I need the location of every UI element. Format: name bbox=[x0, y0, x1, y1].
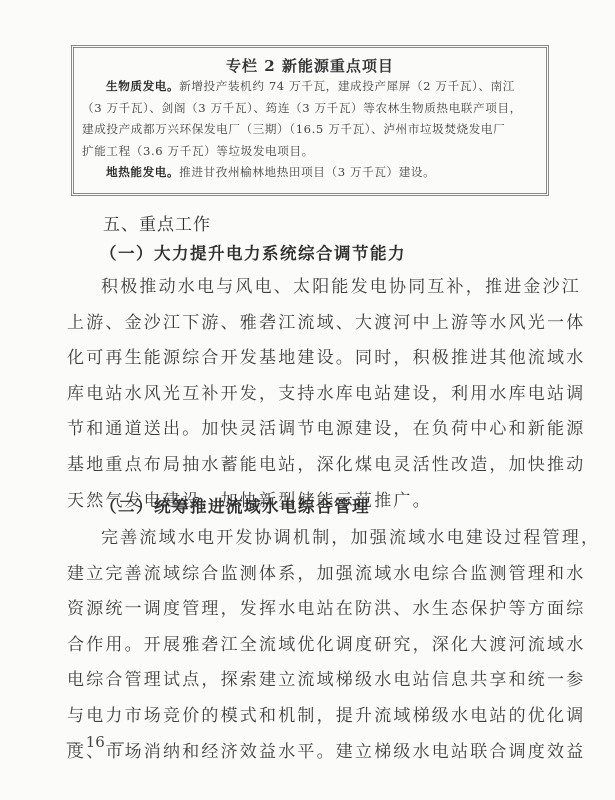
box-line: 扩能工程（3.6 万千瓦）等垃圾发电项目。 bbox=[82, 141, 538, 163]
page-number: — 16 — bbox=[66, 733, 125, 751]
paragraph-1: 积极推动水电与风电、太阳能发电协同互补，推进金沙江 上游、金沙江下游、雅砻江流域… bbox=[67, 270, 557, 519]
text-line: 上游、金沙江下游、雅砻江流域、大渡河中上游等水风光一体 bbox=[67, 306, 557, 342]
text-line: 资源统一调度管理，发挥水电站在防洪、水生态保护等方面综 bbox=[67, 592, 557, 628]
text-line: 电综合管理试点，探索建立流域梯级水电站信息共享和统一参 bbox=[67, 663, 557, 699]
text-line: 建立完善流域综合监测体系，加强流域水电综合监测管理和水 bbox=[67, 557, 557, 593]
text-line: 积极推动水电与风电、太阳能发电协同互补，推进金沙江 bbox=[67, 270, 557, 306]
text-line: 完善流域水电开发协调机制，加强流域水电建设过程管理， bbox=[67, 521, 557, 557]
text-line: 化可再生能源综合开发基地建设。同时，积极推进其他流域水 bbox=[67, 341, 557, 377]
box-title: 专栏 2 新能源重点项目 bbox=[82, 55, 538, 76]
subsection-heading-1: （一）大力提升电力系统综合调节能力 bbox=[100, 240, 406, 264]
text-line: 基地重点布局抽水蓄能电站，深化煤电灵活性改造，加快推动 bbox=[67, 448, 557, 484]
paragraph-2: 完善流域水电开发协调机制，加强流域水电建设过程管理， 建立完善流域综合监测体系，… bbox=[67, 521, 557, 770]
text-line: 库电站水风光互补开发，支持水库电站建设，利用水库电站调 bbox=[67, 377, 557, 413]
box-line: 建成投产成都万兴环保发电厂（三期）（16.5 万千瓦）、泸州市垃圾焚烧发电厂 bbox=[82, 119, 538, 141]
subsection-heading-2: （二）统筹推进流域水电综合管理 bbox=[100, 493, 370, 517]
text-line: 度、市场消纳和经济效益水平。建立梯级水电站联合调度效益 bbox=[67, 735, 557, 771]
box-label-biomass: 生物质发电。 bbox=[106, 79, 179, 93]
text-line: 节和通道送出。加快灵活调节电源建设，在负荷中心和新能源 bbox=[67, 412, 557, 448]
box-line: （3 万千瓦）、剑阁（3 万千瓦）、筠连（3 万千瓦）等农林生物质热电联产项目， bbox=[82, 98, 538, 120]
text-line: 与电力市场竞价的模式和机制，提升流域梯级水电站的优化调 bbox=[67, 699, 557, 735]
section-heading: 五、重点工作 bbox=[103, 210, 211, 235]
box-label-geothermal: 地热能发电。 bbox=[106, 165, 179, 179]
text-line: 合作用。开展雅砻江全流域优化调度研究，深化大渡河流域水 bbox=[67, 628, 557, 664]
feature-box-new-energy-projects: 专栏 2 新能源重点项目 生物质发电。新增投产装机约 74 万千瓦，建成投产犀屏… bbox=[71, 45, 549, 196]
box-line: 地热能发电。推进甘孜州榆林地热田项目（3 万千瓦）建设。 bbox=[82, 162, 538, 184]
box-line: 生物质发电。新增投产装机约 74 万千瓦，建成投产犀屏（2 万千瓦）、南江 bbox=[82, 76, 538, 98]
